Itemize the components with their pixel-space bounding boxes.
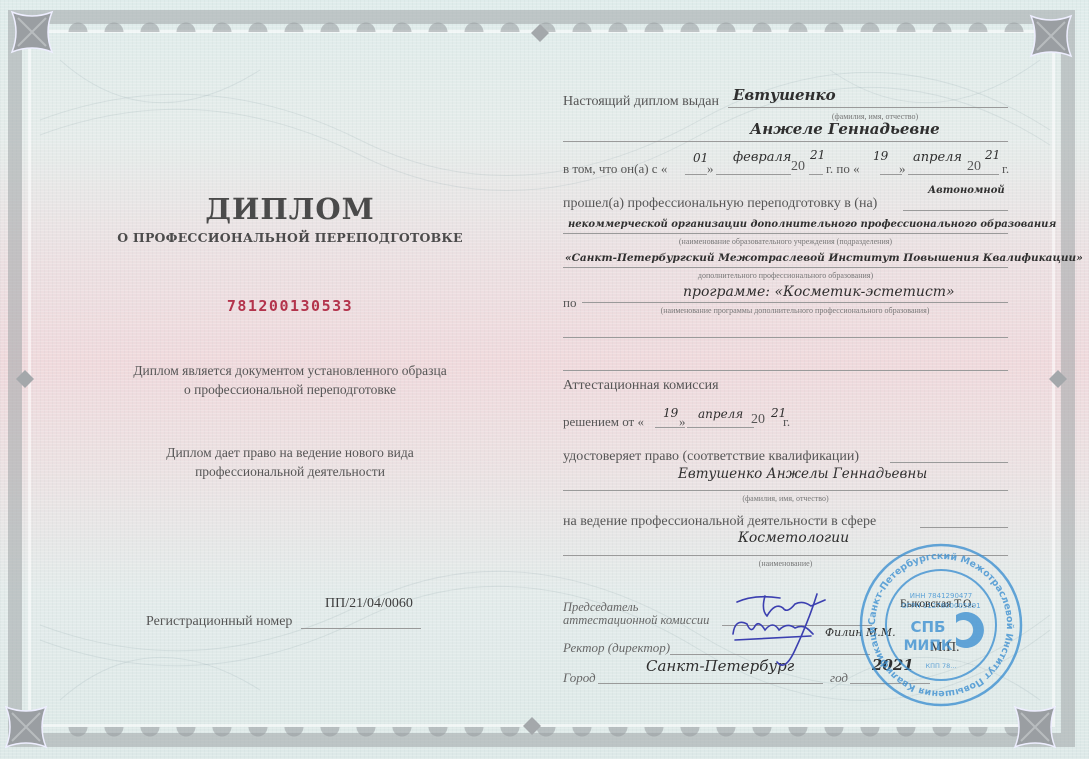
quote-close: »: [899, 161, 906, 177]
rector-label: Ректор (директор): [563, 640, 670, 656]
blank-underline-2: [563, 370, 1008, 371]
diamond-ornament-icon: [1049, 370, 1067, 388]
to-year-prefix: 20: [967, 159, 981, 175]
diploma-page: ДИПЛОМ О ПРОФЕССИОНАЛЬНОЙ ПЕРЕПОДГОТОВКЕ…: [0, 0, 1089, 759]
registration-number: ПП/21/04/0060: [325, 596, 413, 612]
decision-month-value: апреля: [698, 407, 743, 421]
org-caption-1: (наименование образовательного учреждени…: [563, 237, 1008, 246]
to-year-value: 21: [985, 148, 1000, 162]
decision-month-underline: [687, 427, 754, 428]
chairman-label: Председатель аттестационной комиссии: [563, 601, 709, 627]
diamond-ornament-icon: [16, 370, 34, 388]
training-label: прошел(а) профессиональную переподготовк…: [563, 196, 877, 212]
quote-close: »: [707, 161, 714, 177]
given-names-value: Анжеле Геннадьевне: [750, 120, 940, 138]
commission-label: Аттестационная комиссия: [563, 378, 719, 394]
certifies-label: удостоверяет право (соответствие квалифи…: [563, 449, 859, 465]
rector-underline: [670, 654, 870, 655]
issued-label: Настоящий диплом выдан: [563, 94, 719, 110]
org-line-3: «Санкт-Петербургский Межотраслевой Инсти…: [565, 252, 1083, 264]
program-underline: [582, 302, 1008, 303]
rights-text: Диплом дает право на ведение нового вида…: [100, 443, 480, 481]
program-caption: (наименование программы дополнительного …: [582, 306, 1008, 315]
issued-underline: [728, 107, 1008, 108]
corner-ornament-icon: [8, 8, 56, 56]
from-year-value: 21: [810, 148, 825, 162]
program-label: по: [563, 295, 576, 311]
surname-value: Евтушенко: [733, 86, 836, 104]
registration-underline: [301, 628, 421, 629]
from-month-underline: [716, 174, 791, 175]
diamond-ornament-icon: [523, 717, 541, 735]
decision-year-prefix: 20: [751, 412, 765, 428]
decision-suffix: г.: [783, 414, 790, 430]
period-suffix: г.: [1002, 161, 1009, 177]
year-label: год: [830, 670, 848, 686]
chairman-name: Быковская Т.О.: [900, 598, 974, 610]
rights-line-2: профессиональной деятельности: [100, 462, 480, 481]
holder-underline: [563, 490, 1008, 491]
year-underline: [850, 683, 930, 684]
from-month-value: февраля: [733, 150, 791, 165]
serial-number: 781200130533: [100, 297, 480, 315]
year-value: 2021: [872, 656, 914, 674]
rector-name: Филин М.М.: [825, 626, 896, 639]
to-year-underline: [985, 174, 999, 175]
document-status-line-2: о профессиональной переподготовке: [100, 380, 480, 399]
quote-close: »: [679, 414, 686, 430]
diploma-title: ДИПЛОМ: [100, 192, 480, 226]
diamond-ornament-icon: [531, 24, 549, 42]
holder-name-value: Евтушенко Анжелы Геннадьевны: [678, 466, 927, 482]
stamp-kpp: КПП 78...: [926, 662, 957, 670]
holder-caption: (фамилия, имя, отчество): [563, 494, 1008, 503]
to-day-value: 19: [873, 149, 888, 163]
stamp-logo-top: СПБ: [911, 618, 946, 636]
corner-ornament-icon: [1011, 703, 1059, 751]
seal-label: М.П.: [930, 640, 960, 656]
city-underline: [598, 683, 823, 684]
corner-ornament-icon: [1027, 12, 1075, 60]
from-day-value: 01: [693, 151, 708, 165]
sphere-label: на ведение профессиональной деятельности…: [563, 514, 876, 530]
sphere-underline-1: [920, 527, 1008, 528]
org-caption-2: дополнительного профессионального образо…: [563, 271, 1008, 280]
certifies-underline: [890, 462, 1008, 463]
org-underline-2: [563, 233, 1008, 234]
org-line-2: некоммерческой организации дополнительно…: [568, 219, 1056, 230]
from-year-underline: [809, 174, 823, 175]
corner-ornament-icon: [2, 703, 50, 751]
city-value: Санкт-Петербург: [646, 657, 794, 675]
rights-line-1: Диплом дает право на ведение нового вида: [100, 443, 480, 462]
from-year-prefix: 20: [791, 159, 805, 175]
chairman-label-line-2: аттестационной комиссии: [563, 614, 709, 627]
decision-prefix: решением от «: [563, 414, 644, 430]
period-prefix: в том, что он(а) с «: [563, 161, 667, 177]
to-month-value: апреля: [913, 150, 962, 165]
registration-label: Регистрационный номер: [146, 614, 292, 630]
sphere-value: Косметологии: [738, 530, 849, 546]
from-day-underline: [685, 174, 707, 175]
frame-scallop-bottom: [60, 727, 1029, 737]
city-label: Город: [563, 670, 596, 686]
frame-scallop-top: [60, 22, 1029, 32]
document-status-line-1: Диплом является документом установленног…: [100, 361, 480, 380]
period-middle: г. по «: [826, 161, 860, 177]
given-names-underline: [563, 141, 1008, 142]
diploma-subtitle: О ПРОФЕССИОНАЛЬНОЙ ПЕРЕПОДГОТОВКЕ: [100, 230, 480, 245]
org-underline-1: [903, 210, 1008, 211]
decision-day-value: 19: [663, 406, 678, 420]
org-line-1: Автономной: [928, 185, 1005, 196]
sphere-caption: (наименование): [563, 559, 1008, 568]
program-value: программе: «Косметик-эстетист»: [683, 284, 955, 300]
org-underline-3: [563, 267, 1008, 268]
document-status-text: Диплом является документом установленног…: [100, 361, 480, 399]
blank-underline-1: [563, 337, 1008, 338]
sphere-underline-2: [563, 555, 1008, 556]
